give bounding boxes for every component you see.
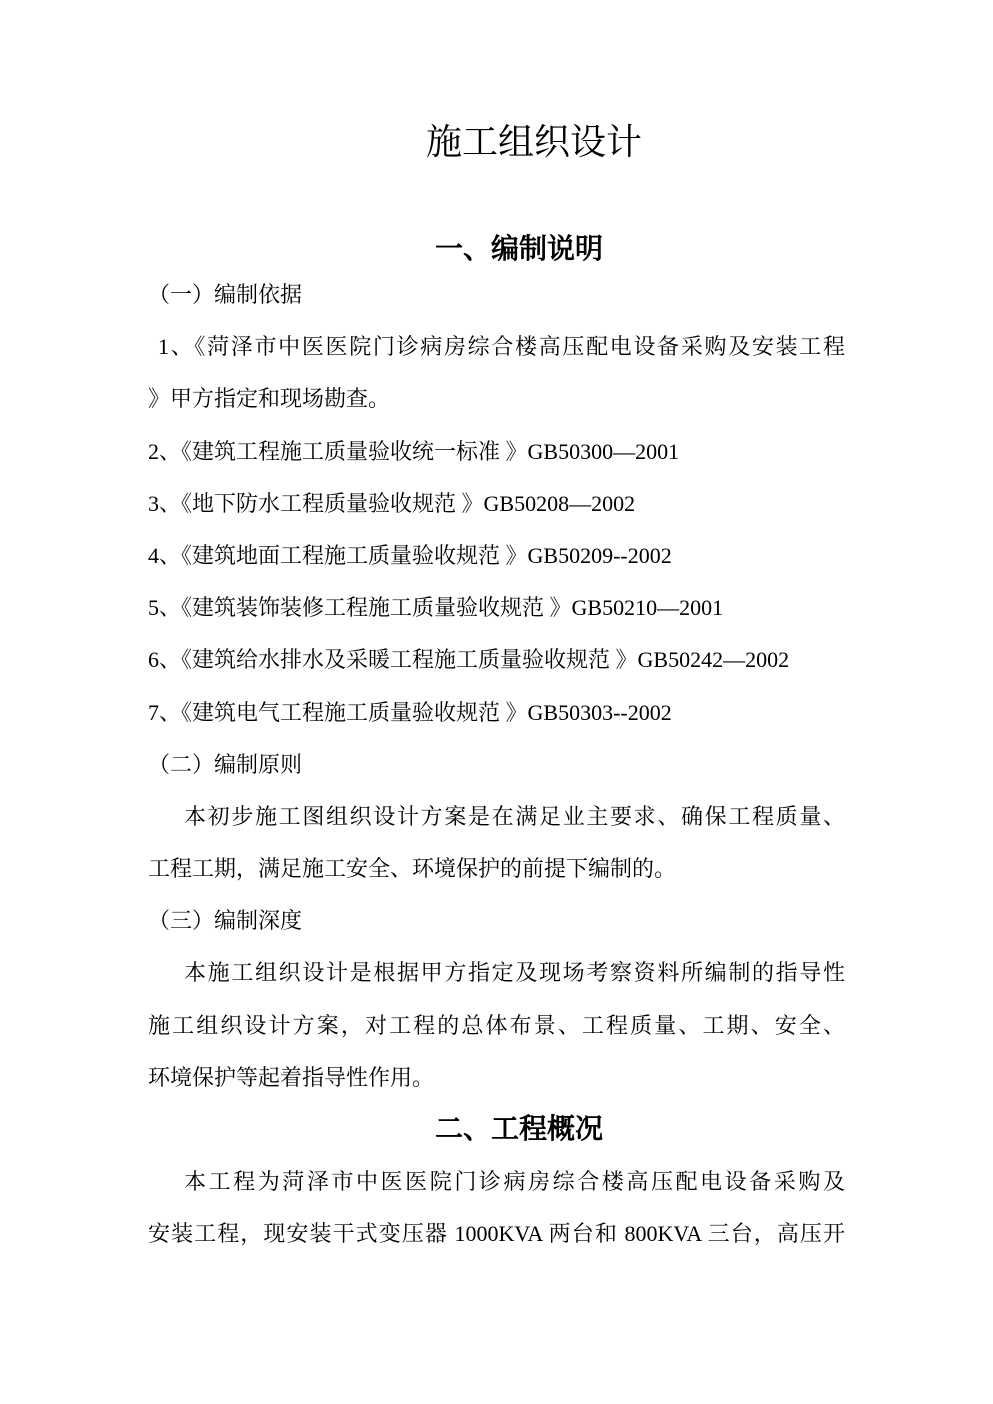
body-line: 本工程为菏泽市中医医院门诊病房综合楼高压配电设备采购及 [148, 1156, 845, 1208]
subheading-principle: （二）编制原则 [148, 739, 845, 791]
document-page: 施工组织设计 一、编制说明 （一）编制依据 1、《菏泽市中医医院门诊病房综合楼高… [0, 0, 993, 1404]
body-line: 5、《建筑装饰装修工程施工质量验收规范 》GB50210—2001 [148, 582, 845, 634]
document-body: （一）编制依据 1、《菏泽市中医医院门诊病房综合楼高压配电设备采购及安装工程 》… [148, 269, 845, 1261]
body-line: 环境保护等起着指导性作用。 [148, 1052, 845, 1104]
body-line: 》甲方指定和现场勘查。 [148, 373, 845, 425]
body-line: 本初步施工图组织设计方案是在满足业主要求、确保工程质量、 [148, 791, 845, 843]
body-line: 施工组织设计方案，对工程的总体布景、工程质量、工期、安全、 [148, 1000, 845, 1052]
subheading-basis: （一）编制依据 [148, 269, 845, 321]
body-line: 4、《建筑地面工程施工质量验收规范 》GB50209--2002 [148, 530, 845, 582]
body-line: 3、《地下防水工程质量验收规范 》GB50208—2002 [148, 478, 845, 530]
section-heading-2: 二、工程概况 [148, 1104, 845, 1156]
body-line: 1、《菏泽市中医医院门诊病房综合楼高压配电设备采购及安装工程 [148, 321, 845, 373]
body-line: 2、《建筑工程施工质量验收统一标准 》GB50300—2001 [148, 426, 845, 478]
subheading-depth: （三）编制深度 [148, 895, 845, 947]
body-line: 6、《建筑给水排水及采暖工程施工质量验收规范 》GB50242—2002 [148, 634, 845, 686]
body-line: 7、《建筑电气工程施工质量验收规范 》GB50303--2002 [148, 687, 845, 739]
document-title: 施工组织设计 [75, 119, 993, 165]
body-line: 安装工程，现安装干式变压器 1000KVA 两台和 800KVA 三台，高压开 [148, 1208, 845, 1260]
body-line: 工程工期，满足施工安全、环境保护的前提下编制的。 [148, 843, 845, 895]
body-line: 本施工组织设计是根据甲方指定及现场考察资料所编制的指导性 [148, 947, 845, 999]
